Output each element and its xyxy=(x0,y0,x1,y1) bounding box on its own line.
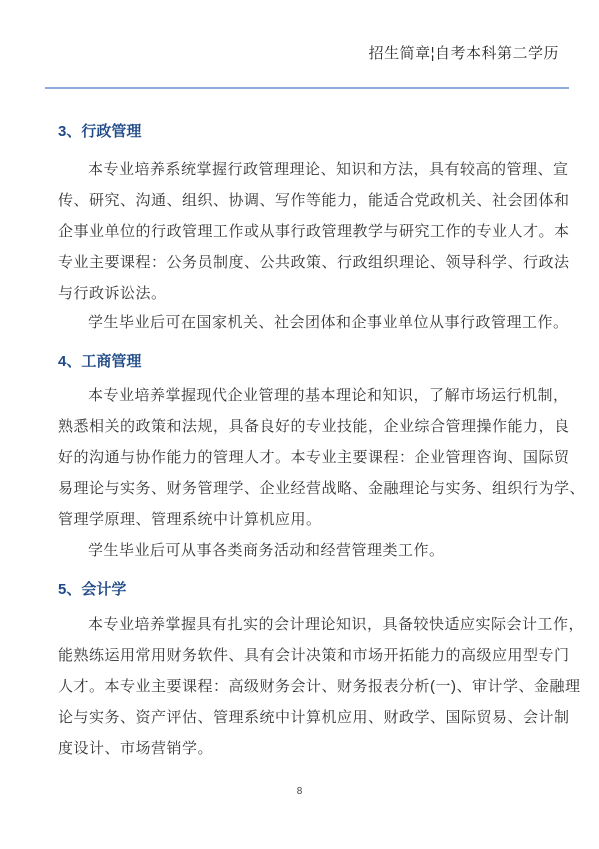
paragraph-line: 论与实务、资产评估、管理系统中计算机应用、财政学、国际贸易、会计制 xyxy=(58,702,545,733)
paragraph: 本专业培养系统掌握行政管理理论、知识和方法，具有较高的管理、宣传、研究、沟通、组… xyxy=(58,154,545,309)
section-heading-business-management: 4、工商管理 xyxy=(58,352,141,372)
paragraph: 学生毕业后可在国家机关、社会团体和企事业单位从事行政管理工作。 xyxy=(58,307,545,338)
header-title: 招生简章¦自考本科第二学历 xyxy=(369,45,559,63)
paragraph-line: 学生毕业后可从事各类商务活动和经营管理类工作。 xyxy=(58,535,545,566)
paragraph-line: 熟悉相关的政策和法规，具备良好的专业技能，企业综合管理操作能力，良 xyxy=(58,411,545,442)
section-heading-administration: 3、行政管理 xyxy=(58,122,141,142)
page-number: 8 xyxy=(0,786,599,798)
paragraph-line: 本专业培养系统掌握行政管理理论、知识和方法，具有较高的管理、宣 xyxy=(58,154,545,185)
paragraph-line: 本专业培养掌握具有扎实的会计理论知识，具备较快适应实际会计工作， xyxy=(58,609,545,640)
paragraph-line: 本专业培养掌握现代企业管理的基本理论和知识，了解市场运行机制， xyxy=(58,380,545,411)
paragraph-line: 学生毕业后可在国家机关、社会团体和企事业单位从事行政管理工作。 xyxy=(58,307,545,338)
paragraph-line: 能熟练运用常用财务软件、具有会计决策和市场开拓能力的高级应用型专门 xyxy=(58,640,545,671)
paragraph: 本专业培养掌握现代企业管理的基本理论和知识，了解市场运行机制，熟悉相关的政策和法… xyxy=(58,380,545,535)
paragraph-line: 度设计、市场营销学。 xyxy=(58,733,545,764)
paragraph-line: 人才。本专业主要课程：高级财务会计、财务报表分析(一)、审计学、金融理 xyxy=(58,671,545,702)
paragraph-line: 专业主要课程：公务员制度、公共政策、行政组织理论、领导科学、行政法 xyxy=(58,247,545,278)
document-page: 招生简章¦自考本科第二学历 3、行政管理 本专业培养系统掌握行政管理理论、知识和… xyxy=(0,0,599,849)
paragraph-line: 易理论与实务、财务管理学、企业经营战略、金融理论与实务、组织行为学、 xyxy=(58,473,545,504)
paragraph: 学生毕业后可从事各类商务活动和经营管理类工作。 xyxy=(58,535,545,566)
paragraph-line: 传、研究、沟通、组织、协调、写作等能力，能适合党政机关、社会团体和 xyxy=(58,185,545,216)
paragraph-line: 管理学原理、管理系统中计算机应用。 xyxy=(58,504,545,535)
paragraph-line: 与行政诉讼法。 xyxy=(58,278,545,309)
paragraph-line: 好的沟通与协作能力的管理人才。本专业主要课程：企业管理咨询、国际贸 xyxy=(58,442,545,473)
paragraph-line: 企事业单位的行政管理工作或从事行政管理教学与研究工作的专业人才。本 xyxy=(58,216,545,247)
section-heading-accounting: 5、会计学 xyxy=(58,580,126,600)
header-divider xyxy=(45,87,569,89)
paragraph: 本专业培养掌握具有扎实的会计理论知识，具备较快适应实际会计工作，能熟练运用常用财… xyxy=(58,609,545,764)
